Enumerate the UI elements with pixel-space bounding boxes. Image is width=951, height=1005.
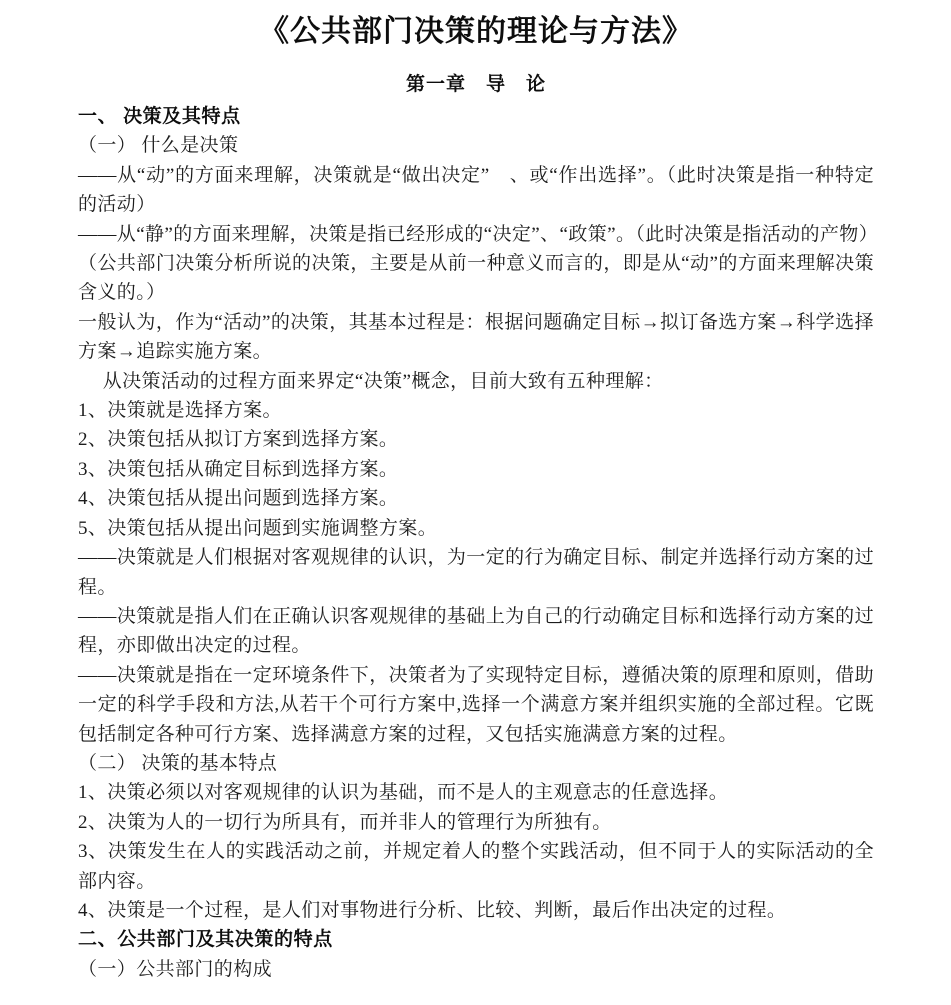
section-heading-2: 二、公共部门及其决策的特点 xyxy=(78,925,874,954)
paragraph-definition-3: ——决策就是指在一定环境条件下，决策者为了实现特定目标，遵循决策的原理和原则，借… xyxy=(78,661,874,749)
paragraph-five-views-intro: 从决策活动的过程方面来界定“决策”概念，目前大致有五种理解： xyxy=(78,367,874,396)
feature-item-1: 1、决策必须以对客观规律的认识为基础，而不是人的主观意志的任意选择。 xyxy=(78,778,874,807)
list-item-3: 3、决策包括从确定目标到选择方案。 xyxy=(78,455,874,484)
document-content: 《公共部门决策的理论与方法》 第一章 导 论 一、 决策及其特点 （一） 什么是… xyxy=(0,0,951,984)
paragraph-parenthetical-note: （公共部门决策分析所说的决策，主要是从前一种意义而言的，即是从“动”的方面来理解… xyxy=(78,249,874,308)
document-page: 《公共部门决策的理论与方法》 第一章 导 论 一、 决策及其特点 （一） 什么是… xyxy=(0,0,951,1005)
feature-item-3: 3、决策发生在人的实践活动之前，并规定着人的整个实践活动，但不同于人的实际活动的… xyxy=(78,837,874,896)
feature-item-2: 2、决策为人的一切行为所具有，而并非人的管理行为所独有。 xyxy=(78,808,874,837)
feature-item-4: 4、决策是一个过程，是人们对事物进行分析、比较、判断，最后作出决定的过程。 xyxy=(78,896,874,925)
subsection-heading-basic-features: （二） 决策的基本特点 xyxy=(78,749,874,778)
list-item-5: 5、决策包括从提出问题到实施调整方案。 xyxy=(78,514,874,543)
list-item-1: 1、决策就是选择方案。 xyxy=(78,396,874,425)
document-title: 《公共部门决策的理论与方法》 xyxy=(78,13,874,51)
document-body: 一、 决策及其特点 （一） 什么是决策 ——从“动”的方面来理解，决策就是“做出… xyxy=(78,102,874,984)
paragraph-static-meaning: ——从“静”的方面来理解，决策是指已经形成的“决定”、“政策”。（此时决策是指活… xyxy=(78,220,874,249)
subsection-heading-what-is-decision: （一） 什么是决策 xyxy=(78,131,874,160)
paragraph-definition-1: ——决策就是人们根据对客观规律的认识，为一定的行为确定目标、制定并选择行动方案的… xyxy=(78,543,874,602)
subsection-heading-public-sector: （一）公共部门的构成 xyxy=(78,955,874,984)
section-heading-1: 一、 决策及其特点 xyxy=(78,102,874,131)
paragraph-definition-2: ——决策就是指人们在正确认识客观规律的基础上为自己的行动确定目标和选择行动方案的… xyxy=(78,602,874,661)
list-item-2: 2、决策包括从拟订方案到选择方案。 xyxy=(78,425,874,454)
chapter-heading: 第一章 导 论 xyxy=(78,72,874,97)
paragraph-basic-process: 一般认为，作为“活动”的决策，其基本过程是：根据问题确定目标→拟订备选方案→科学… xyxy=(78,308,874,367)
list-item-4: 4、决策包括从提出问题到选择方案。 xyxy=(78,484,874,513)
paragraph-dynamic-meaning: ——从“动”的方面来理解，决策就是“做出决定” 、或“作出选择”。（此时决策是指… xyxy=(78,161,874,220)
